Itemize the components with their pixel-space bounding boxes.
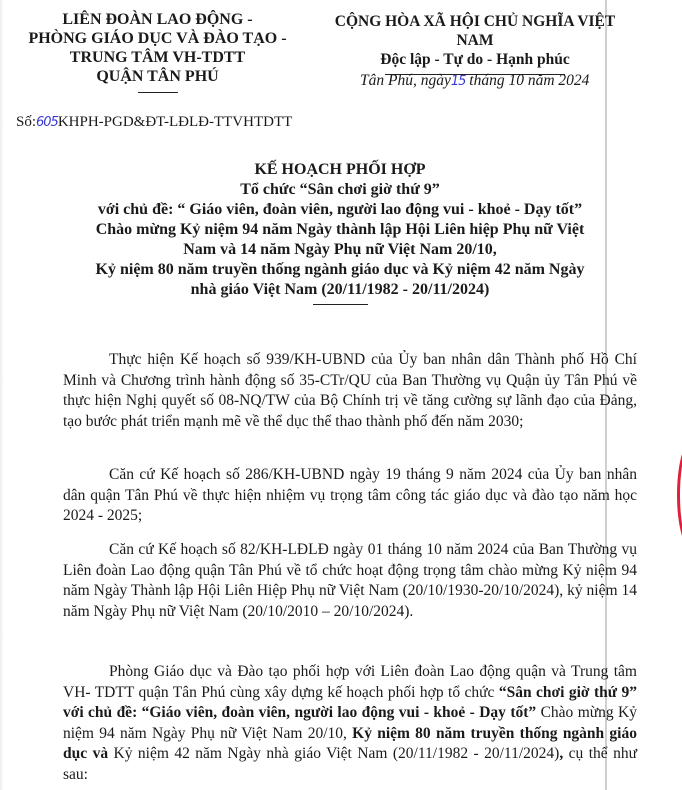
paragraph-1: Thực hiện Kế hoạch số 939/KH-UBND của Ủy… [63,350,637,432]
date-day-handwritten: 15 [451,74,466,89]
document-title: KẾ HOẠCH PHỐI HỢP [40,160,640,180]
agency-line: TRUNG TÂM VH-TDTT [20,48,295,67]
header-divider [138,92,178,93]
national-title: CỘNG HÒA XÃ HỘI CHỦ NGHĨA VIỆT NAM [315,12,635,50]
title-line: Chào mừng Kỷ niệm 94 năm Ngày thành lập … [40,220,640,240]
title-line: Nam và 14 năm Ngày Phụ nữ Việt Nam 20/10… [40,240,640,260]
document-title-block: KẾ HOẠCH PHỐI HỢP Tổ chức “Sân chơi giờ … [40,160,640,305]
doc-number-prefix: Số: [16,114,36,130]
title-line: Kỷ niệm 80 năm truyền thống ngành giáo d… [40,260,640,280]
paragraph-text: Phòng Giáo dục và Đào tạo phối hợp với L… [63,662,637,785]
date-suffix: tháng 10 năm 2024 [469,72,589,89]
document-number: Số:605KHPH-PGD&ĐT-LĐLĐ-TTVHTDTT [16,114,292,131]
paragraph-4: Phòng Giáo dục và Đào tạo phối hợp với L… [63,662,637,785]
paragraph-text: Căn cứ Kế hoạch số 82/KH-LĐLĐ ngày 01 th… [63,540,637,622]
document-date: Tân Phú, ngày15 tháng 10 năm 2024 [360,72,589,90]
paragraph-2: Căn cứ Kế hoạch số 286/KH-UBND ngày 19 t… [63,465,637,527]
date-prefix: Tân Phú, ngày [360,72,451,89]
title-line: Tổ chức “Sân chơi giờ thứ 9” [40,180,640,200]
agency-line: QUẬN TÂN PHÚ [20,67,295,86]
doc-number-handwritten: 605 [36,115,58,130]
paragraph-text: Thực hiện Kế hoạch số 939/KH-UBND của Ủy… [63,350,637,432]
agency-line: LIÊN ĐOÀN LAO ĐỘNG - [20,10,295,29]
national-header: CỘNG HÒA XÃ HỘI CHỦ NGHĨA VIỆT NAM Độc l… [315,12,635,75]
document-page: LIÊN ĐOÀN LAO ĐỘNG - PHÒNG GIÁO DỤC VÀ Đ… [0,0,682,790]
red-seal-stamp [677,440,682,550]
paragraph-text: Căn cứ Kế hoạch số 286/KH-UBND ngày 19 t… [63,465,637,527]
title-line: nhà giáo Việt Nam (20/11/1982 - 20/11/20… [40,280,640,300]
agency-line: PHÒNG GIÁO DỤC VÀ ĐÀO TẠO - [20,29,295,48]
doc-number-code: KHPH-PGD&ĐT-LĐLĐ-TTVHTDTT [58,114,292,130]
national-motto: Độc lập - Tự do - Hạnh phúc [315,50,635,69]
issuing-agencies-header: LIÊN ĐOÀN LAO ĐỘNG - PHÒNG GIÁO DỤC VÀ Đ… [20,10,295,93]
title-divider [313,304,368,305]
page-edge-shadow [0,0,4,790]
title-line: với chủ đề: “ Giáo viên, đoàn viên, ngườ… [40,200,640,220]
paragraph-3: Căn cứ Kế hoạch số 82/KH-LĐLĐ ngày 01 th… [63,540,637,622]
text-run: Kỷ niệm 42 năm Ngày nhà giáo Việt Nam (2… [108,745,559,762]
